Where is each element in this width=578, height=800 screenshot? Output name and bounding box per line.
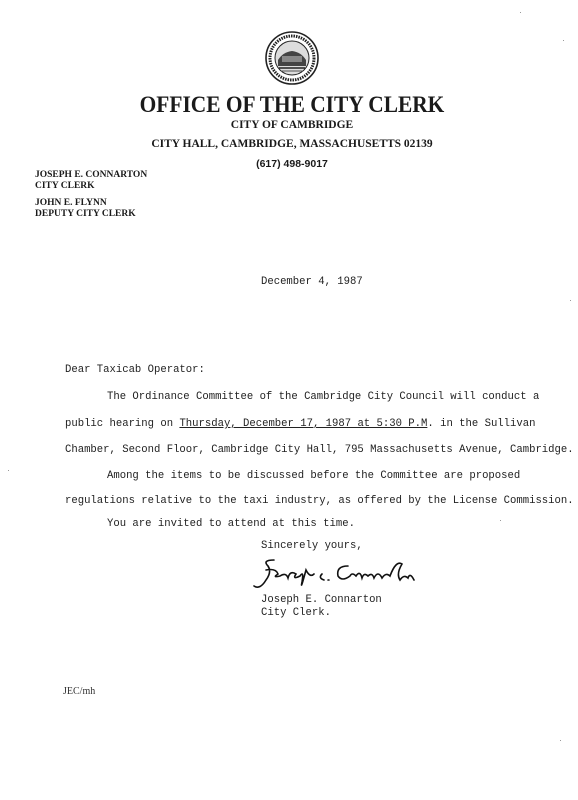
scan-speck xyxy=(560,740,561,741)
letterhead-city: CITY OF CAMBRIDGE xyxy=(0,119,578,131)
paragraph-1-line-2: public hearing on Thursday, December 17,… xyxy=(65,418,535,430)
scan-speck xyxy=(500,520,501,521)
scan-speck xyxy=(570,300,571,301)
scan-speck xyxy=(8,470,9,471)
city-seal-icon xyxy=(265,30,319,86)
letterhead-address: CITY HALL, CAMBRIDGE, MASSACHUSETTS 0213… xyxy=(0,138,578,150)
staff-clerk: JOSEPH E. CONNARTON CITY CLERK xyxy=(35,170,147,192)
signer-name: Joseph E. Connarton xyxy=(261,594,382,606)
typist-initials: JEC/mh xyxy=(63,686,95,697)
scan-speck xyxy=(563,40,564,41)
paragraph-2-line-1: Among the items to be discussed before t… xyxy=(107,470,520,482)
hearing-date-underlined: Thursday, December 17, 1987 at 5:30 P.M xyxy=(179,418,427,430)
paragraph-1-line-1: The Ordinance Committee of the Cambridge… xyxy=(107,391,539,403)
paragraph-1-line-3: Chamber, Second Floor, Cambridge City Ha… xyxy=(65,444,574,456)
hearing-location-text: . in the Sullivan xyxy=(427,418,535,430)
paragraph-3-line-1: You are invited to attend at this time. xyxy=(107,518,355,530)
hearing-intro-text: public hearing on xyxy=(65,418,179,430)
salutation: Dear Taxicab Operator: xyxy=(65,364,205,376)
staff-deputy-title: DEPUTY CITY CLERK xyxy=(35,209,136,220)
letterhead-phone: (617) 498-9017 xyxy=(0,158,578,170)
staff-clerk-title: CITY CLERK xyxy=(35,181,147,192)
signer-title: City Clerk. xyxy=(261,607,331,619)
staff-deputy: JOHN E. FLYNN DEPUTY CITY CLERK xyxy=(35,198,136,220)
staff-clerk-name: JOSEPH E. CONNARTON xyxy=(35,170,147,181)
signature-icon xyxy=(252,556,432,596)
letter-date: December 4, 1987 xyxy=(261,276,363,288)
scan-speck xyxy=(520,12,521,13)
closing: Sincerely yours, xyxy=(261,540,363,552)
letterhead-title: OFFICE OF THE CITY CLERK xyxy=(20,92,563,118)
paragraph-2-line-2: regulations relative to the taxi industr… xyxy=(65,495,574,507)
staff-deputy-name: JOHN E. FLYNN xyxy=(35,198,136,209)
